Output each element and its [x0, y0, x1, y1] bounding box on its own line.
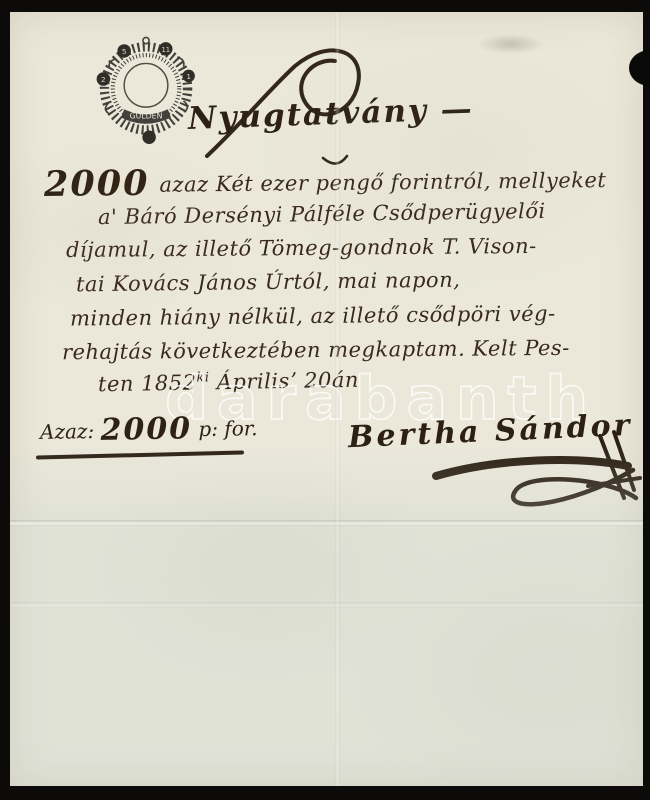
stamp-medallion-number: 1 [186, 72, 191, 81]
body-line-text: azaz Két ezer pengő forintról, mellyeket [159, 168, 606, 197]
body-line: 2000azaz Két ezer pengő forintról, melly… [44, 158, 607, 205]
revenue-stamp-icon: GULDEN 5 11 2 1 [94, 36, 198, 146]
body-line: díjamul, az illető Tömeg-gondnok T. Viso… [66, 234, 537, 262]
signature-paraph-icon [428, 428, 643, 528]
body-line: a' Báró Dersényi Pálféle Csődperügyelői [98, 199, 546, 229]
stamp-medallion-number: 5 [122, 47, 127, 56]
amount-value: 2000 [100, 411, 192, 448]
amount-figure: 2000 [44, 163, 150, 205]
scan-background: GULDEN 5 11 2 1 Nyugtatvány — 2000azaz K… [0, 0, 650, 800]
date-rest: Áprilisʼ 20án [209, 368, 359, 395]
document-paper: GULDEN 5 11 2 1 Nyugtatvány — 2000azaz K… [10, 12, 643, 786]
stamp-medallion-number: 2 [101, 75, 106, 84]
date-superscript: ki [196, 370, 209, 385]
amount-summary: Azaz: 2000 p: for. [40, 410, 258, 449]
body-line: minden hiány nélkül, az illető csődpöri … [70, 301, 556, 330]
amount-unit: p: for. [198, 416, 257, 441]
amount-label: Azaz: [40, 419, 95, 444]
body-line: rehajtás következtében megkaptam. Kelt P… [62, 336, 570, 364]
body-line: tai Kovács János Úrtól, mai napon, [76, 268, 461, 297]
date-prefix: ten 1852 [98, 371, 197, 397]
stamp-band-text: GULDEN [130, 112, 163, 121]
fold-crease-horizontal [10, 602, 643, 608]
ink-smudge [478, 34, 544, 54]
date-line: ten 1852ki Áprilisʼ 20án [98, 368, 359, 397]
amount-underline [36, 450, 244, 459]
stamp-medallion-number: 11 [161, 46, 170, 54]
